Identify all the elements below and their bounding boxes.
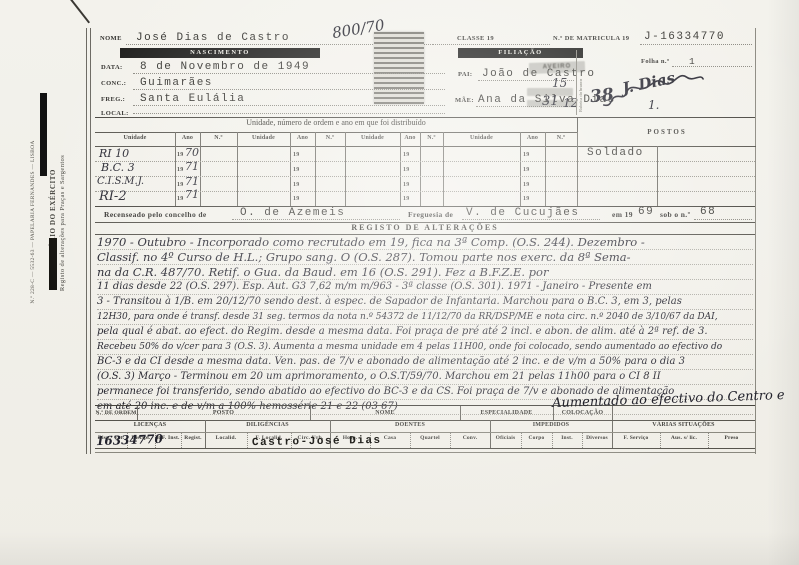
registo-line: pela qual é abat. ao efect. do Regim. de…: [97, 325, 753, 340]
conc-rule: [133, 89, 445, 90]
filiacao-header: FILIAÇÃO: [458, 48, 583, 58]
nome-label: NOME: [100, 35, 122, 42]
registo-title: REGISTO DE ALTERAÇÕES: [95, 222, 755, 235]
freg-label: FREG.:: [101, 96, 125, 103]
subcol: Inst.: [552, 435, 582, 441]
grid-line: [420, 132, 421, 206]
matricula-label: N.º DE MATRICULA 19: [553, 35, 629, 42]
grid-line: [175, 132, 176, 206]
order-number: 16334770: [96, 432, 163, 448]
section-varias: VÁRIAS SITUAÇÕES: [612, 422, 755, 428]
col-n-4: N.º: [545, 135, 577, 141]
matricula-rule: [640, 44, 752, 45]
registo-line: 3 - Transitou à 1/B. em 20/12/70 sendo d…: [97, 295, 753, 310]
row-rule: [95, 420, 755, 421]
freguesia-value: V. de Cucujães: [466, 207, 579, 219]
year-prefix: 19: [177, 196, 183, 202]
row-rule: [95, 432, 755, 433]
section-diligencias: DILIGÊNCIAS: [205, 422, 330, 428]
em-19-label: em 19: [612, 210, 633, 219]
year-prefix: 19: [293, 152, 299, 158]
binding-black-bar: [40, 93, 47, 176]
grid-line: [400, 132, 401, 206]
recenseado-rule-1: [232, 219, 400, 220]
form-left-border-inner: [90, 28, 91, 454]
data-value: 8 de Novembro de 1949: [140, 61, 310, 73]
nome-value: José Dias de Castro: [136, 32, 290, 44]
col-n-3: N.º: [420, 135, 443, 141]
subcol: Preso: [708, 435, 755, 441]
recenseado-concelho: O. de Azemeis: [240, 207, 345, 219]
year-prefix: 19: [523, 196, 529, 202]
registo-line: 1970 - Outubro - Incorporado como recrut…: [97, 235, 753, 250]
unit-row-unidade: B.C. 3: [101, 161, 135, 174]
subcol: Aus. s/ lic.: [660, 435, 708, 441]
col-ano-3: Ano: [400, 135, 420, 141]
redaction-strip: [49, 238, 57, 290]
recenseado-rule-3: [694, 219, 752, 220]
table-bottom-rule-2: [95, 452, 755, 453]
grid-line: [137, 406, 138, 420]
grid-line: [490, 420, 491, 448]
grid-line: [577, 132, 578, 206]
registo-line: Recebeu 50% do v/cer para 3 (O.S. 3). Au…: [97, 340, 753, 355]
year-prefix: 19: [177, 167, 183, 173]
rubric-note: Rubrica do branco: [578, 54, 583, 112]
nascimento-header: NASCIMENTO: [120, 48, 320, 58]
postos-header: POSTOS: [577, 118, 756, 147]
conc-value: Guimarães: [140, 77, 213, 89]
form-left-border: [86, 28, 87, 454]
unit-row-unidade: RI 10: [99, 147, 129, 160]
year-prefix: 19: [177, 182, 183, 188]
hand-mark-31: 31: [542, 94, 559, 109]
year-prefix: 19: [293, 182, 299, 188]
col-ano-1: Ano: [175, 135, 200, 141]
recenseado-rule-2: [462, 219, 600, 220]
grid-line: [545, 132, 546, 206]
col-unidade-4: Unidade: [443, 135, 520, 141]
col-unidade-1: Unidade: [95, 135, 175, 141]
grid-line: [237, 132, 238, 206]
grid-line: [460, 406, 461, 420]
folha-label: Folha n.º: [641, 58, 670, 65]
grid-line: [660, 432, 661, 448]
classe-label: CLASSE 19: [457, 35, 494, 42]
scan-scratch-mark: [70, 0, 90, 23]
data-label: DATA:: [101, 64, 123, 71]
col-ano-4: Ano: [520, 135, 545, 141]
freg-value: Santa Eulália: [140, 93, 245, 105]
unit-row-unidade: RI-2: [99, 189, 127, 204]
table-bottom-rule: [95, 448, 755, 449]
col-n-1: N.º: [200, 135, 237, 141]
scanned-record-card: MINISTÉRIO DO EXÉRCITO Registo de altera…: [0, 0, 799, 565]
year-prefix: 19: [293, 167, 299, 173]
unit-row-ano: 71: [185, 175, 199, 188]
unit-table-title: Unidade, número de ordem e ano em que fo…: [95, 118, 577, 133]
subcol: F. Serviço: [612, 435, 660, 441]
grid-line: [410, 432, 411, 448]
grid-line: [310, 406, 311, 420]
stamp-hatch-block: [374, 32, 424, 104]
unit-row-ano: 70: [185, 146, 199, 159]
registo-line: na da C.R. 487/70. Retif. o Gua. da Baud…: [97, 265, 753, 280]
unit-row-ano: 71: [185, 188, 199, 201]
subcol: Oficiais: [490, 435, 521, 441]
numero-recenseamento: 68: [700, 206, 716, 218]
col-colocacao: COLOCAÇÃO: [553, 410, 612, 416]
unit-row-ano: 71: [185, 160, 199, 173]
matricula-value: J-16334770: [644, 31, 725, 43]
year-prefix: 19: [177, 152, 183, 158]
grid-line: [247, 432, 248, 448]
year-prefix: 19: [523, 152, 529, 158]
col-unidade-3: Unidade: [345, 135, 400, 141]
signature-sub: 1.: [648, 98, 659, 112]
grid-line: [708, 432, 709, 448]
recenseado-label: Recenseado pelo concelho de: [104, 210, 207, 219]
grid-line: [315, 132, 316, 206]
subcol: Diversos: [582, 435, 612, 441]
mae-label: MÃE:: [455, 97, 474, 104]
registo-line: BC-3 e da CI desde a mesma data. Ven. pa…: [97, 355, 753, 370]
side-imprint: MINISTÉRIO DO EXÉRCITO Registo de altera…: [49, 94, 66, 352]
col-ano-2: Ano: [290, 135, 315, 141]
grid-line: [290, 132, 291, 206]
sob-n-label: sob o n.º: [660, 210, 690, 219]
year-prefix: 19: [523, 182, 529, 188]
year-prefix: 19: [293, 196, 299, 202]
grid-line: [443, 132, 444, 206]
registo-body: 1970 - Outubro - Incorporado como recrut…: [97, 235, 753, 415]
col-posto: POSTO: [137, 410, 310, 416]
hand-mark-15: 15: [552, 76, 567, 90]
subcol: Conv.: [450, 435, 490, 441]
grid-line: [521, 432, 522, 448]
col-n-ordem: N.º DE ORDEM: [95, 410, 137, 416]
grid-line: [450, 432, 451, 448]
freguesia-label: Freguesia de: [408, 210, 453, 219]
grid-line: [345, 132, 346, 206]
grid-line: [520, 132, 521, 206]
grid-line: [181, 432, 182, 448]
year-prefix: 19: [403, 182, 409, 188]
classe-rule: [432, 44, 550, 45]
subcol: Regist.: [181, 435, 205, 441]
col-nome: NOME: [310, 410, 460, 416]
section-impedidos: IMPEDIDOS: [490, 422, 612, 428]
subcol: Corpo: [521, 435, 552, 441]
grid-line: [205, 420, 206, 448]
posto-value: Soldado: [587, 147, 644, 159]
bottom-table: N.º DE ORDEM POSTO NOME ESPECIALIDADE CO…: [95, 405, 755, 454]
col-unidade-2: Unidade: [237, 135, 290, 141]
registo-line: (O.S. 3) Março - Terminou em 20 um aprim…: [97, 370, 753, 385]
col-especialidade: ESPECIALIDADE: [460, 410, 553, 416]
year-prefix: 19: [523, 167, 529, 173]
year-prefix: 19: [403, 196, 409, 202]
local-label: LOCAL:: [101, 110, 129, 117]
registo-line: 11 dias desde 22 (O.S. 297). Esp. Aut. G…: [97, 280, 753, 295]
unit-table: Unidade, número de ordem e ano em que fo…: [95, 117, 755, 207]
registo-line: 12H30, para onde é transf. desde 31 seg.…: [97, 310, 753, 325]
section-doentes: DOENTES: [330, 422, 490, 428]
data-rule: [133, 73, 445, 74]
subcol: Quartel: [410, 435, 450, 441]
pai-label: PAI:: [458, 71, 472, 78]
freg-rule: [133, 105, 445, 106]
col-n-2: N.º: [315, 135, 345, 141]
year-prefix: 19: [403, 152, 409, 158]
filiacao-divider: [576, 50, 577, 115]
printer-imprint: N.º 228-C — 5532-63 — PAPELARIA FERNANDE…: [30, 96, 36, 348]
name-stamp: Castro-José Dias: [252, 435, 382, 449]
local-rule: [133, 113, 445, 114]
ano-recenseamento: 69: [638, 206, 654, 218]
unit-row-unidade: C.I.S.M.J.: [97, 176, 144, 187]
grid-line: [200, 132, 201, 206]
conc-label: CONC.:: [101, 80, 126, 87]
grid-line: [582, 432, 583, 448]
registo-line: Classif. no 4º Curso de H.L.; Grupo sang…: [97, 250, 753, 265]
subcol: Localid.: [205, 435, 247, 441]
grid-line: [552, 432, 553, 448]
year-prefix: 19: [403, 167, 409, 173]
section-licencas: LICENÇAS: [95, 422, 205, 428]
register-imprint: Registo de alterações para Praças e Sarg…: [59, 94, 66, 352]
